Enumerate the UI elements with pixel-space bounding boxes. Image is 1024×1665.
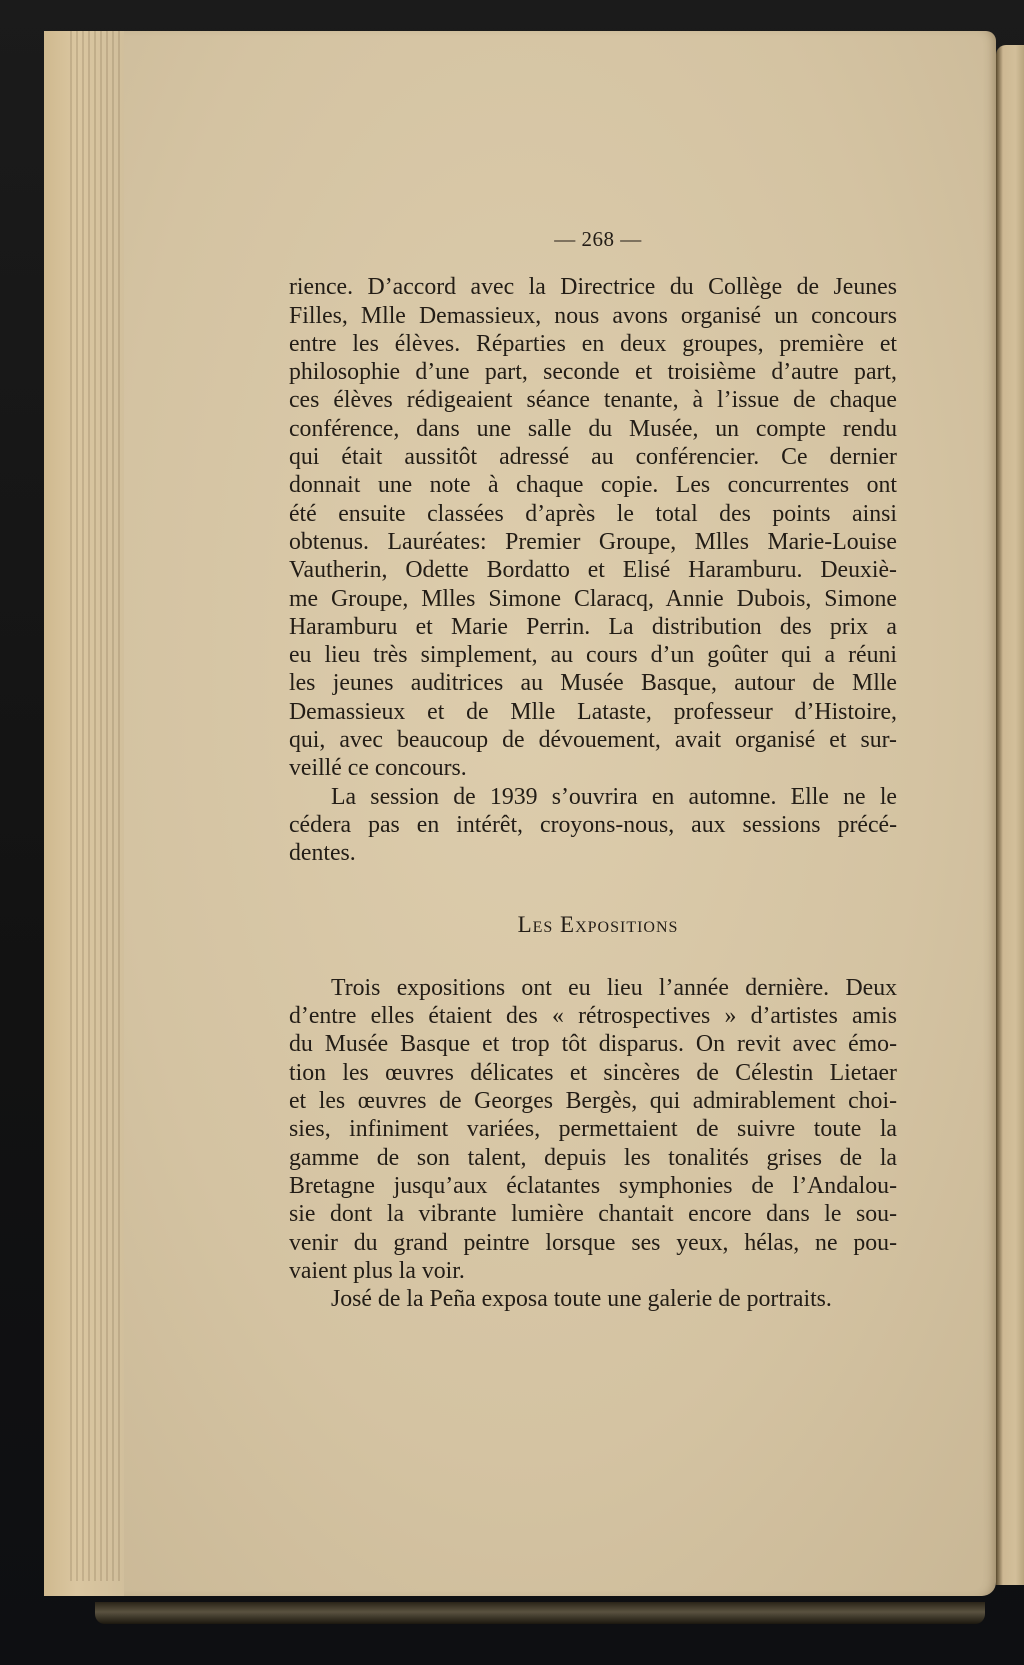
text-line: me Groupe, Mlles Simone Claracq, Annie D…: [289, 585, 897, 613]
text-line: vaient plus la voir.: [289, 1257, 897, 1285]
text-line: obtenus. Lauréates: Premier Groupe, Mlle…: [289, 528, 897, 556]
text-line: eu lieu très simplement, au cours d’un g…: [289, 641, 897, 669]
text-line: du Musée Basque et trop tôt disparus. On…: [289, 1030, 897, 1058]
text-line: philosophie d’une part, seconde et trois…: [289, 358, 897, 386]
text-line: tion les œuvres délicates et sincères de…: [289, 1059, 897, 1087]
text-line: sies, infiniment variées, permettaient d…: [289, 1115, 897, 1143]
text-line: Demassieux et de Mlle Lataste, professeu…: [289, 698, 897, 726]
text-line: ces élèves rédigeaient séance tenante, à…: [289, 386, 897, 414]
text-line: les jeunes auditrices au Musée Basque, a…: [289, 669, 897, 697]
book-bottom-edge: [95, 1602, 985, 1624]
text-line: veillé ce concours.: [289, 754, 897, 782]
stacked-pages-edge: [66, 31, 122, 1581]
text-line: cédera pas en intérêt, croyons-nous, aux…: [289, 811, 897, 839]
paragraph-session-1939: La session de 1939 s’ouvrira en automne.…: [289, 783, 897, 868]
text-line: Trois expositions ont eu lieu l’année de…: [289, 974, 897, 1002]
section-heading: Les Expositions: [289, 911, 897, 939]
text-line: Haramburu et Marie Perrin. La distributi…: [289, 613, 897, 641]
text-line: rience. D’accord avec la Directrice du C…: [289, 273, 897, 301]
text-line: dentes.: [289, 839, 897, 867]
text-line: Bretagne jusqu’aux éclatantes symphonies…: [289, 1172, 897, 1200]
text-line: venir du grand peintre lorsque ses yeux,…: [289, 1229, 897, 1257]
page-number: — 268 —: [289, 225, 897, 253]
text-line: et les œuvres de Georges Bergès, qui adm…: [289, 1087, 897, 1115]
text-line: conférence, dans une salle du Musée, un …: [289, 415, 897, 443]
paragraph-pena-portraits: José de la Peña exposa toute une galerie…: [289, 1285, 897, 1313]
text-line: La session de 1939 s’ouvrira en automne.…: [289, 783, 897, 811]
text-line: sie dont la vibrante lumière chantait en…: [289, 1200, 897, 1228]
paragraph-contest: rience. D’accord avec la Directrice du C…: [289, 273, 897, 782]
text-line: Vautherin, Odette Bordatto et Elisé Hara…: [289, 556, 897, 584]
text-line: qui était aussitôt adressé au conférenci…: [289, 443, 897, 471]
text-line: qui, avec beaucoup de dévouement, avait …: [289, 726, 897, 754]
text-line: José de la Peña exposa toute une galerie…: [289, 1285, 897, 1313]
text-line: été ensuite classées d’après le total de…: [289, 500, 897, 528]
paragraph-expositions: Trois expositions ont eu lieu l’année de…: [289, 974, 897, 1285]
text-line: d’entre elles étaient des « rétrospectiv…: [289, 1002, 897, 1030]
text-line: gamme de son talent, depuis les tonalité…: [289, 1144, 897, 1172]
page-text-block: — 268 — rience. D’accord avec la Directr…: [289, 225, 897, 1313]
text-line: entre les élèves. Réparties en deux grou…: [289, 330, 897, 358]
text-line: donnait une note à chaque copie. Les con…: [289, 471, 897, 499]
text-line: Filles, Mlle Demassieux, nous avons orga…: [289, 302, 897, 330]
adjacent-page-edge: [996, 45, 1024, 1585]
